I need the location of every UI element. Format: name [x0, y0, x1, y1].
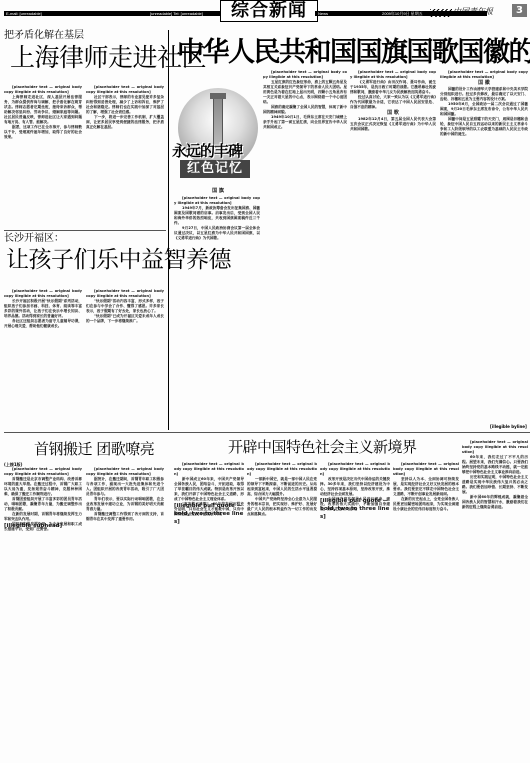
lawyers-kicker: 把矛盾化解在基层 — [4, 30, 84, 42]
kaifu-body-col1: [placeholder text — original body copy i… — [4, 289, 82, 417]
masthead: E-mail: [unreadable] [unreadable] Tel: [… — [0, 0, 530, 26]
flag-body-col2: [placeholder text — original body copy i… — [263, 70, 347, 428]
shougang-headline: 首钢搬迁 团歌嘹亮 — [34, 440, 154, 458]
divider-line — [4, 230, 166, 231]
photo-caption-title: 永远的丰碑 — [172, 140, 242, 161]
shougang-body-col2: [placeholder text — original body copy i… — [86, 467, 164, 761]
flag-body-col1: [placeholder text — original body copy i… — [174, 196, 260, 428]
flag-body-col4: [placeholder text — original body copy i… — [440, 70, 528, 428]
masthead-email: E-mail: [unreadable] — [6, 10, 42, 17]
divider-line — [4, 432, 530, 433]
page-number: 3 — [512, 4, 527, 17]
flag-body-col3: [placeholder text — original body copy i… — [350, 70, 436, 428]
flag-byline: [illegible byline] — [490, 424, 527, 429]
section-title: 综合新闻 — [220, 0, 318, 22]
hatch-decoration — [430, 9, 452, 17]
socialism-body-col2: [placeholder text — original body copy i… — [247, 462, 317, 761]
shougang-subhead: [illegible subhead] — [4, 522, 62, 530]
section-guoge-heading: 国 歌 — [350, 110, 436, 117]
newspaper-page: E-mail: [unreadable] [unreadable] Tel: [… — [0, 0, 530, 763]
paper-logo: 中国青年报 — [453, 6, 493, 17]
socialism-body-col3: [placeholder text — original body copy i… — [320, 462, 390, 761]
kaifu-body-col2: [placeholder text — original body copy i… — [86, 289, 164, 417]
section-guohui-heading: 国 徽 — [440, 80, 528, 87]
socialism-body-col1: [placeholder text — original body copy i… — [174, 462, 244, 761]
lawyers-body-col1: [placeholder text — original body copy i… — [4, 85, 82, 225]
masthead-contact: [unreadable] Tel: [unreadable] — [150, 10, 203, 17]
column-divider — [168, 30, 169, 430]
masthead-news-label: News — [318, 10, 328, 17]
socialism-body-col5: [placeholder text — original body copy i… — [462, 440, 528, 761]
lawyers-body-col2: [placeholder text — original body copy i… — [86, 85, 164, 225]
kaifu-kicker: 长沙开福区： — [4, 233, 64, 245]
photo-caption-badge: 红色记忆 — [180, 160, 250, 178]
masthead-date: 2009年10月9日 星期五 — [382, 10, 423, 17]
flag-headline: 中华人民共和国国旗国歌国徽的确定 — [177, 38, 530, 68]
section-guoqi-heading: 国 旗 — [178, 188, 258, 195]
socialism-pullquote-2: [illegible pull quote — bold, two to thr… — [320, 497, 390, 521]
socialism-pullquote-1: [illegible pull quote — bold, two to thr… — [174, 502, 244, 526]
socialism-headline: 开辟中国特色社会主义新境界 — [228, 438, 417, 456]
shougang-body-col1: [placeholder text — original body copy i… — [4, 467, 82, 761]
socialism-body-col4: [placeholder text — original body copy i… — [393, 462, 459, 761]
